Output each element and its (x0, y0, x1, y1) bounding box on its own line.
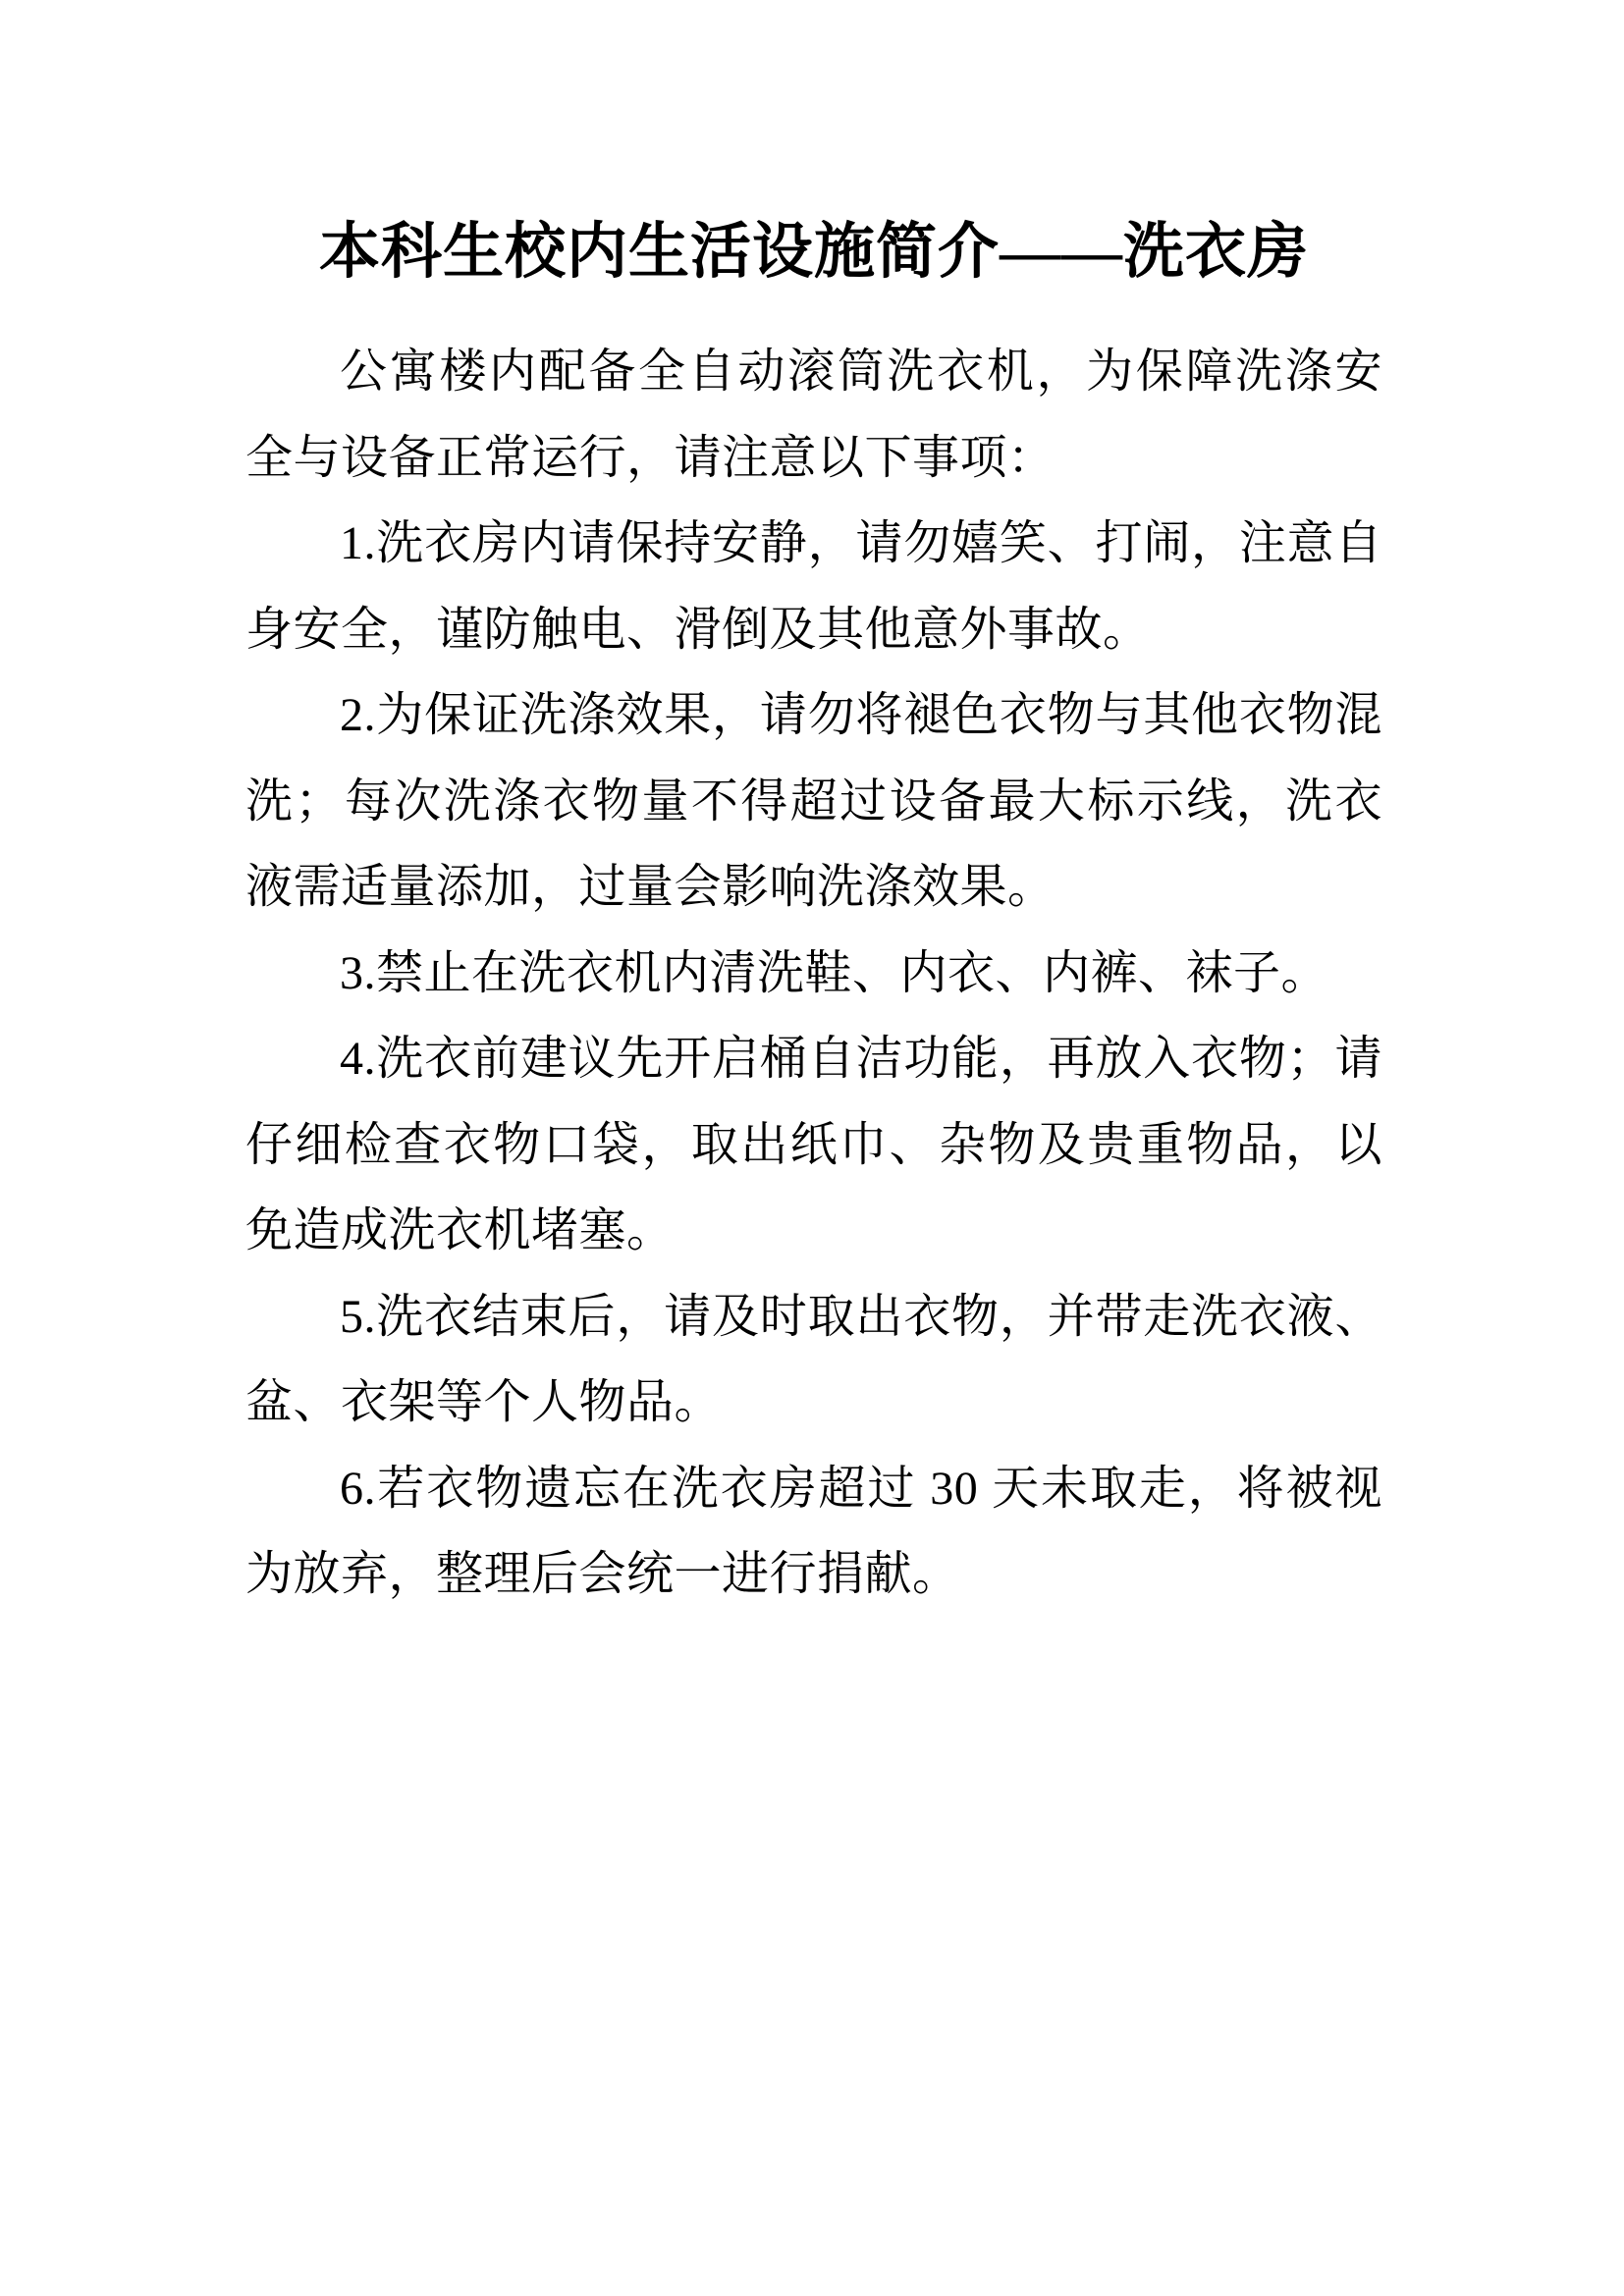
notice-item-2: 2.为保证洗涤效果，请勿将褪色衣物与其他衣物混洗；每次洗涤衣物量不得超过设备最大… (245, 672, 1382, 931)
document-title: 本科生校内生活设施简介——洗衣房 (245, 211, 1382, 294)
document-body: 公寓楼内配备全自动滚筒洗衣机，为保障洗涤安全与设备正常运行，请注意以下事项： 1… (245, 329, 1382, 1618)
notice-item-5: 5.洗衣结束后，请及时取出衣物，并带走洗衣液、盆、衣架等个人物品。 (245, 1274, 1382, 1446)
notice-item-6: 6.若衣物遗忘在洗衣房超过 30 天未取走，将被视为放弃，整理后会统一进行捐献。 (245, 1446, 1382, 1618)
intro-paragraph: 公寓楼内配备全自动滚筒洗衣机，为保障洗涤安全与设备正常运行，请注意以下事项： (245, 329, 1382, 501)
notice-item-3: 3.禁止在洗衣机内清洗鞋、内衣、内裤、袜子。 (245, 931, 1382, 1017)
notice-item-1: 1.洗衣房内请保持安静，请勿嬉笑、打闹，注意自身安全，谨防触电、滑倒及其他意外事… (245, 501, 1382, 672)
document-page: 本科生校内生活设施简介——洗衣房 公寓楼内配备全自动滚筒洗衣机，为保障洗涤安全与… (0, 0, 1624, 2296)
notice-item-4: 4.洗衣前建议先开启桶自洁功能，再放入衣物；请仔细检查衣物口袋，取出纸巾、杂物及… (245, 1016, 1382, 1274)
